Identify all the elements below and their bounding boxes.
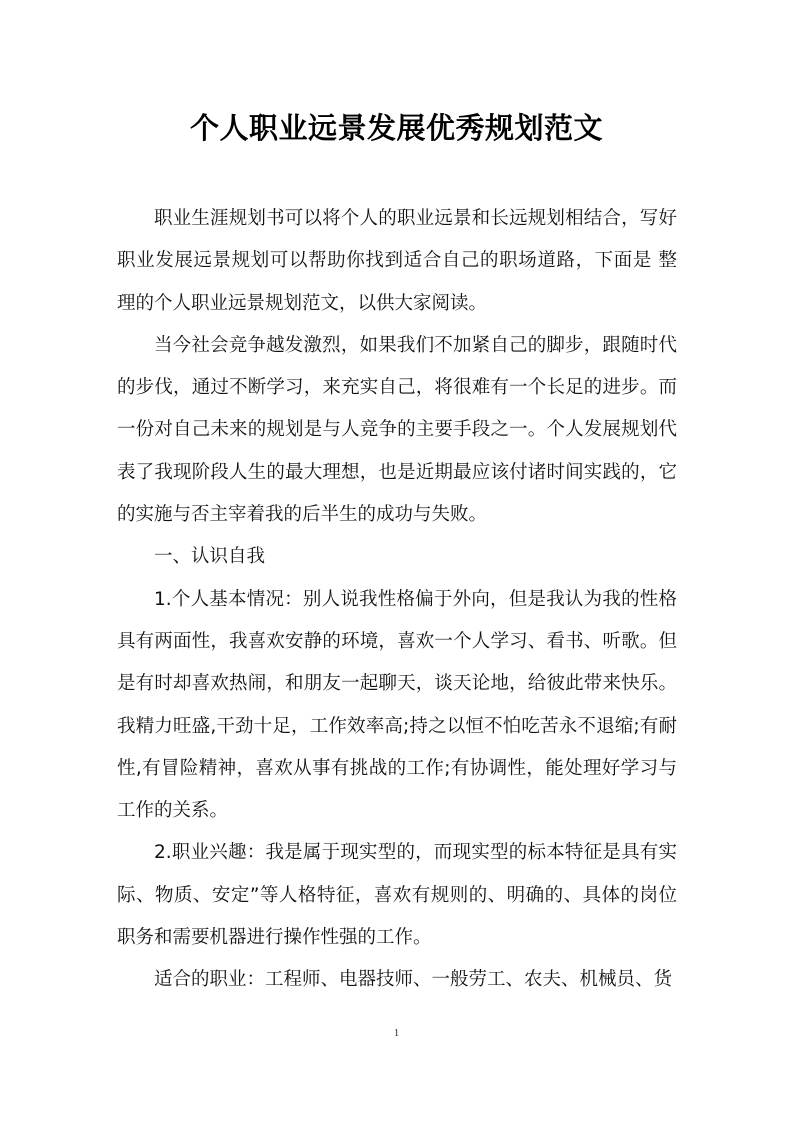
section-heading-self-knowledge: 一、认识自我 (117, 536, 677, 578)
paragraph-suitable-careers: 适合的职业：工程师、电器技师、一般劳工、农夫、机械员、货 (117, 959, 677, 1001)
page-number: 1 (0, 1027, 793, 1039)
paragraph-career-interest: 2.职业兴趣：我是属于现实型的，而现实型的标本特征是具有实际、物质、安定”等人格… (117, 832, 677, 959)
paragraph-personal-basics: 1.个人基本情况：别人说我性格偏于外向，但是我认为我的性格具有两面性，我喜欢安静… (117, 579, 677, 833)
document-page: 个人职业远景发展优秀规划范文 职业生涯规划书可以将个人的职业远景和长远规划相结合… (0, 0, 793, 1122)
document-body: 职业生涯规划书可以将个人的职业远景和长远规划相结合，写好职业发展远景规划可以帮助… (117, 198, 677, 1002)
document-title: 个人职业远景发展优秀规划范文 (0, 108, 793, 148)
paragraph-intro: 职业生涯规划书可以将个人的职业远景和长远规划相结合，写好职业发展远景规划可以帮助… (117, 198, 677, 325)
paragraph-competition: 当今社会竞争越发激烈，如果我们不加紧自己的脚步，跟随时代的步伐，通过不断学习，来… (117, 325, 677, 536)
